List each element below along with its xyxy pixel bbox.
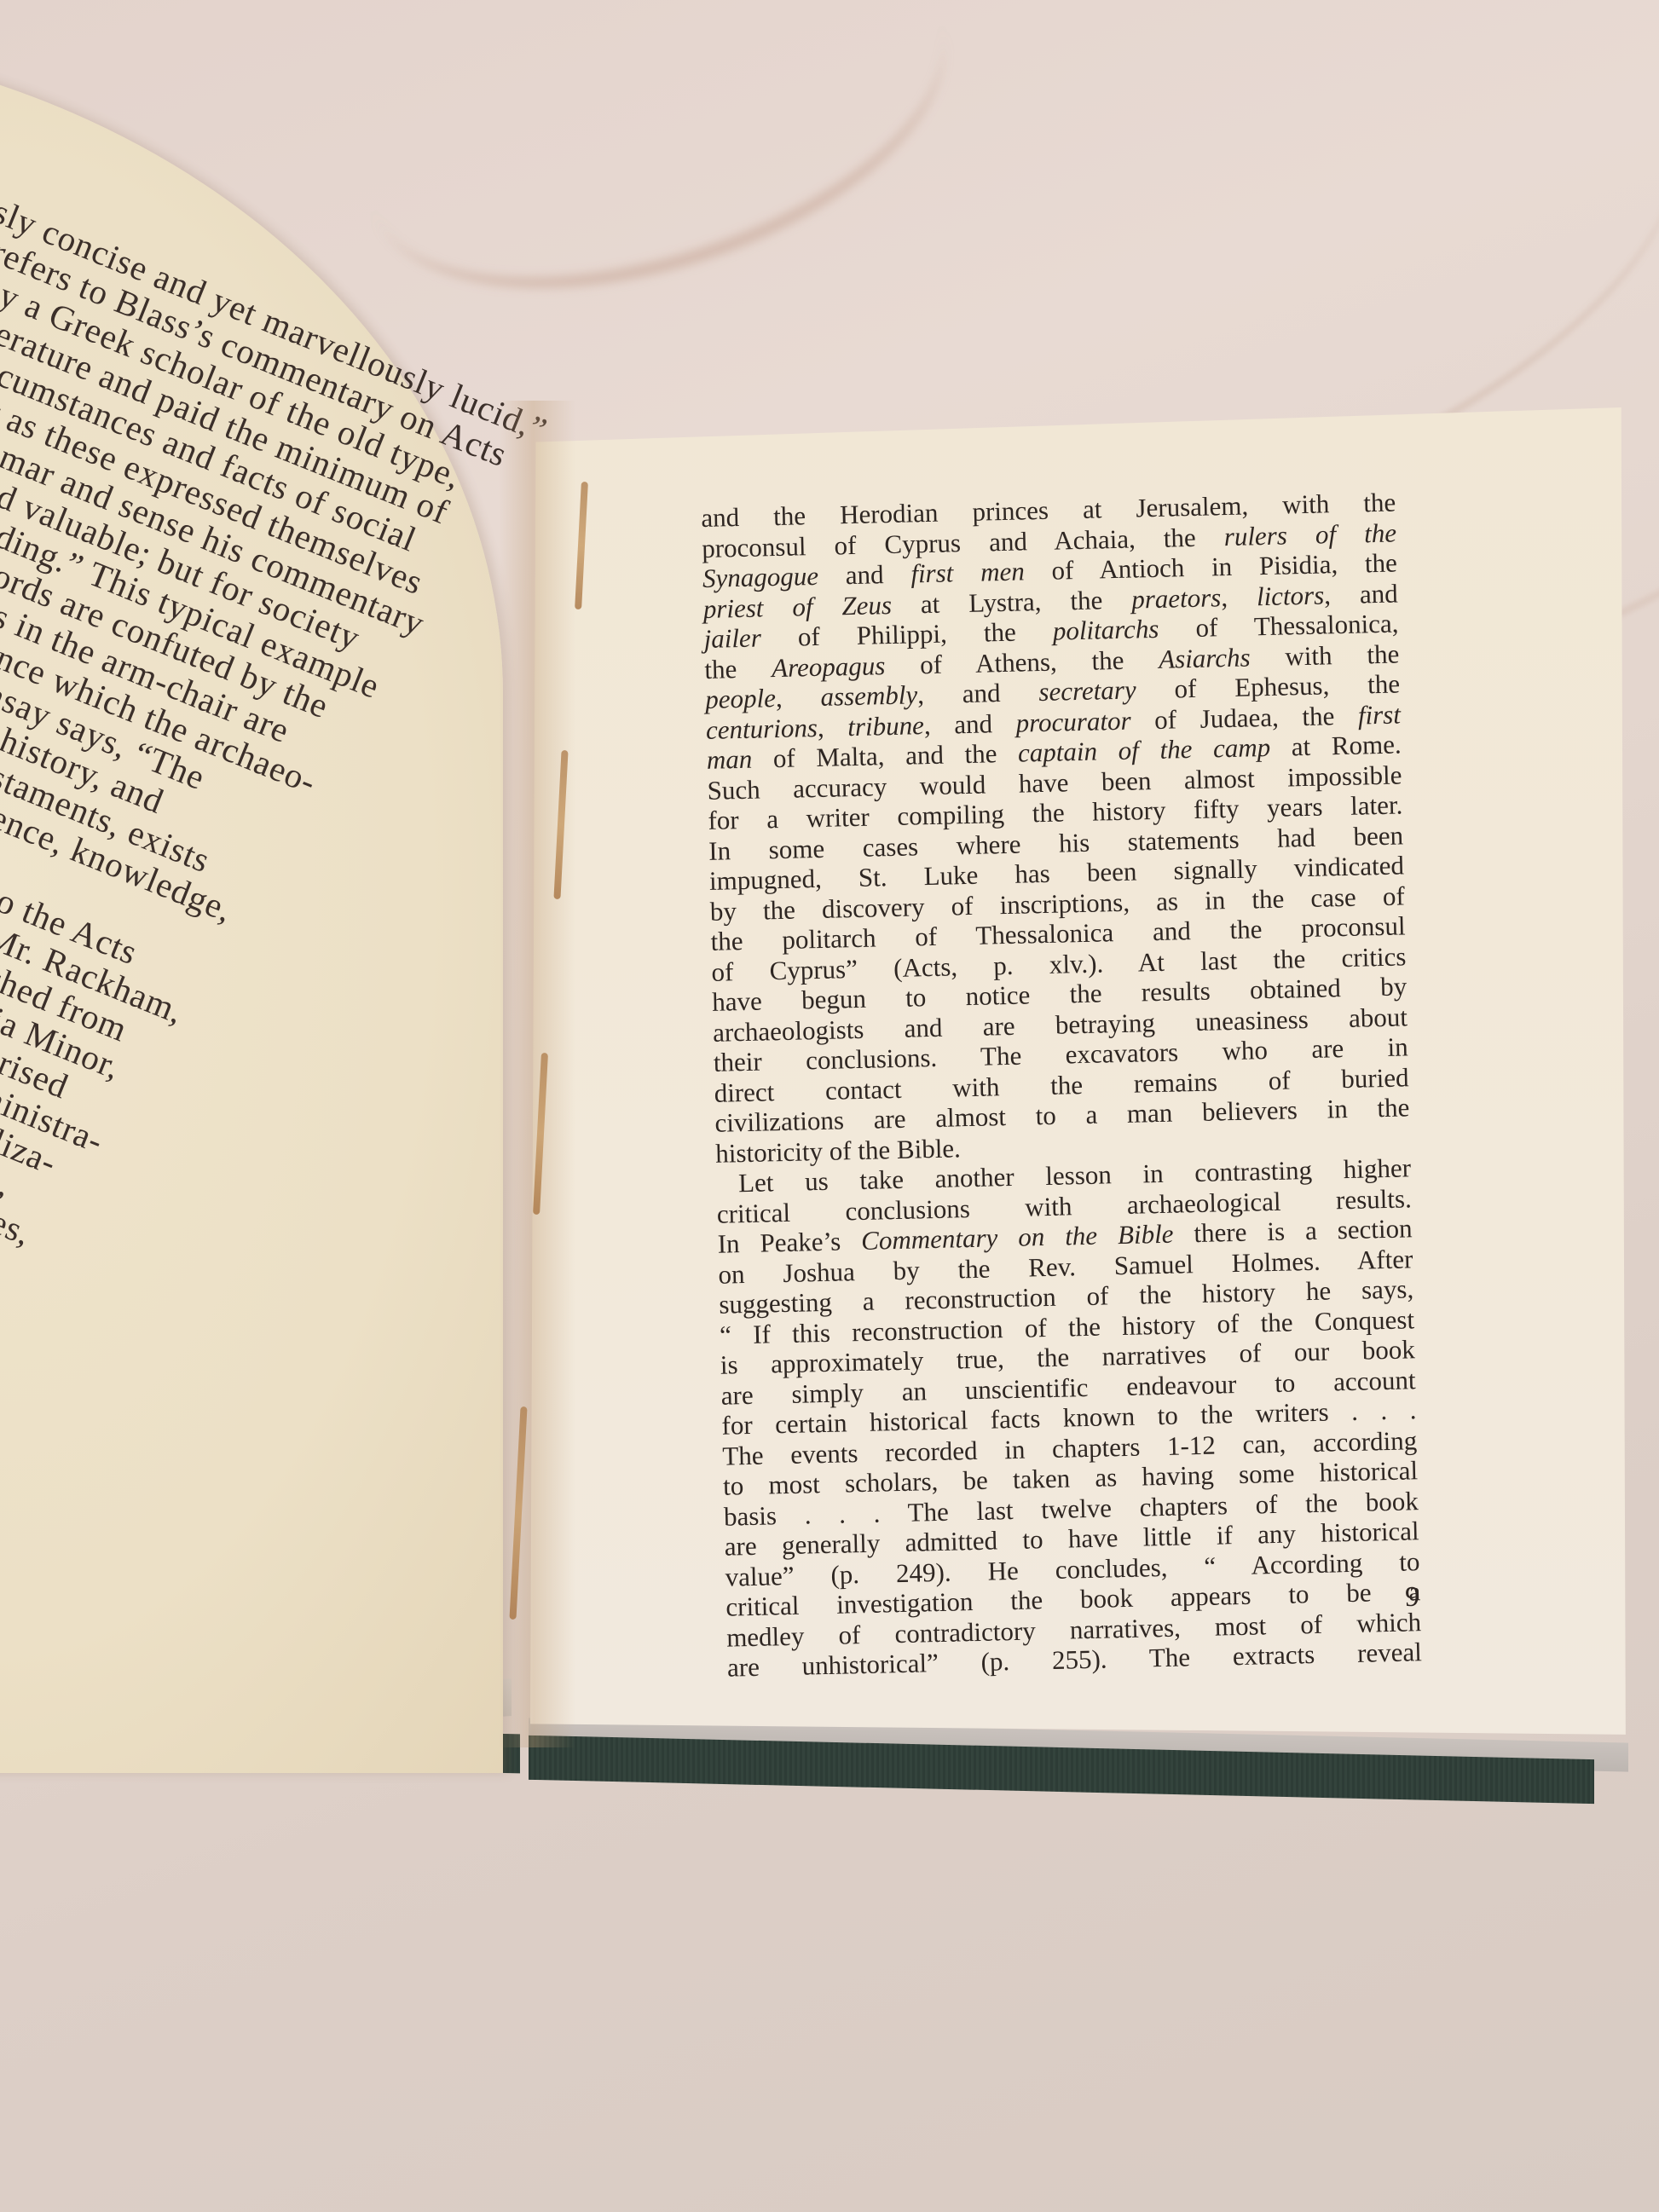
marble-vein: [326, 0, 986, 352]
book-gutter: [499, 401, 575, 1747]
page-number: 9: [1405, 1581, 1419, 1614]
right-page-text: and the Herodian princes at Jerusalem, w…: [701, 488, 1422, 1684]
